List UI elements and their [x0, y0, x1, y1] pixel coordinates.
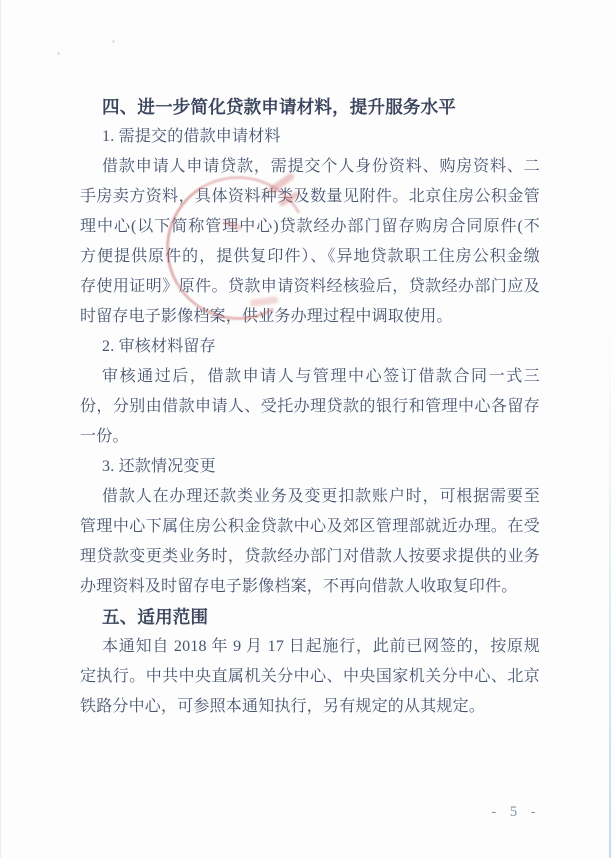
section-heading: 五、适用范围: [80, 602, 540, 632]
page-left-edge-shadow: [0, 0, 1, 858]
document-line: 2. 审核材料留存: [80, 332, 540, 362]
document-line: 借款人在办理还款类业务及变更扣款账户时，可根据需要至: [80, 482, 540, 512]
document-line: 办理资料及时留存电子影像档案，不再向借款人收取复印件。: [80, 572, 540, 602]
section-heading: 四、进一步简化贷款申请材料，提升服务水平: [80, 92, 540, 122]
document-line: 手房卖方资料，具体资料种类及数量见附件。北京住房公积金管: [80, 182, 540, 212]
document-line: 理贷款变更类业务时，贷款经办部门对借款人按要求提供的业务: [80, 542, 540, 572]
document-line: 借款申请人申请贷款，需提交个人身份资料、购房资料、二: [80, 152, 540, 182]
scan-speck: [112, 40, 115, 43]
document-line: 一份。: [80, 422, 540, 452]
scan-speck: [57, 52, 60, 55]
page-right-edge-shadow: [609, 330, 611, 858]
document-line: 1. 需提交的借款申请材料: [80, 122, 540, 152]
document-line: 审核通过后，借款申请人与管理中心签订借款合同一式三: [80, 362, 540, 392]
document-line: 管理中心下属住房公积金贷款中心及郊区管理部就近办理。在受: [80, 512, 540, 542]
document-line: 定执行。中共中央直属机关分中心、中央国家机关分中心、北京: [80, 662, 540, 692]
document-line: 理中心(以下简称管理中心)贷款经办部门留存购房合同原件(不: [80, 212, 540, 242]
scanned-document-page: 四、进一步简化贷款申请材料，提升服务水平1. 需提交的借款申请材料借款申请人申请…: [0, 0, 615, 858]
page-number: - 5 -: [481, 804, 551, 821]
document-line: 本通知自 2018 年 9 月 17 日起施行，此前已网签的，按原规: [80, 632, 540, 662]
document-line: 时留存电子影像档案，供业务办理过程中调取使用。: [80, 302, 540, 332]
document-text-block: 四、进一步简化贷款申请材料，提升服务水平1. 需提交的借款申请材料借款申请人申请…: [80, 92, 540, 722]
document-line: 3. 还款情况变更: [80, 452, 540, 482]
document-line: 方便提供原件的，提供复印件）、《异地贷款职工住房公积金缴: [80, 242, 540, 272]
document-line: 份，分别由借款申请人、受托办理贷款的银行和管理中心各留存: [80, 392, 540, 422]
document-line: 存使用证明》原件。贷款申请资料经核验后，贷款经办部门应及: [80, 272, 540, 302]
document-line: 铁路分中心，可参照本通知执行，另有规定的从其规定。: [80, 692, 540, 722]
